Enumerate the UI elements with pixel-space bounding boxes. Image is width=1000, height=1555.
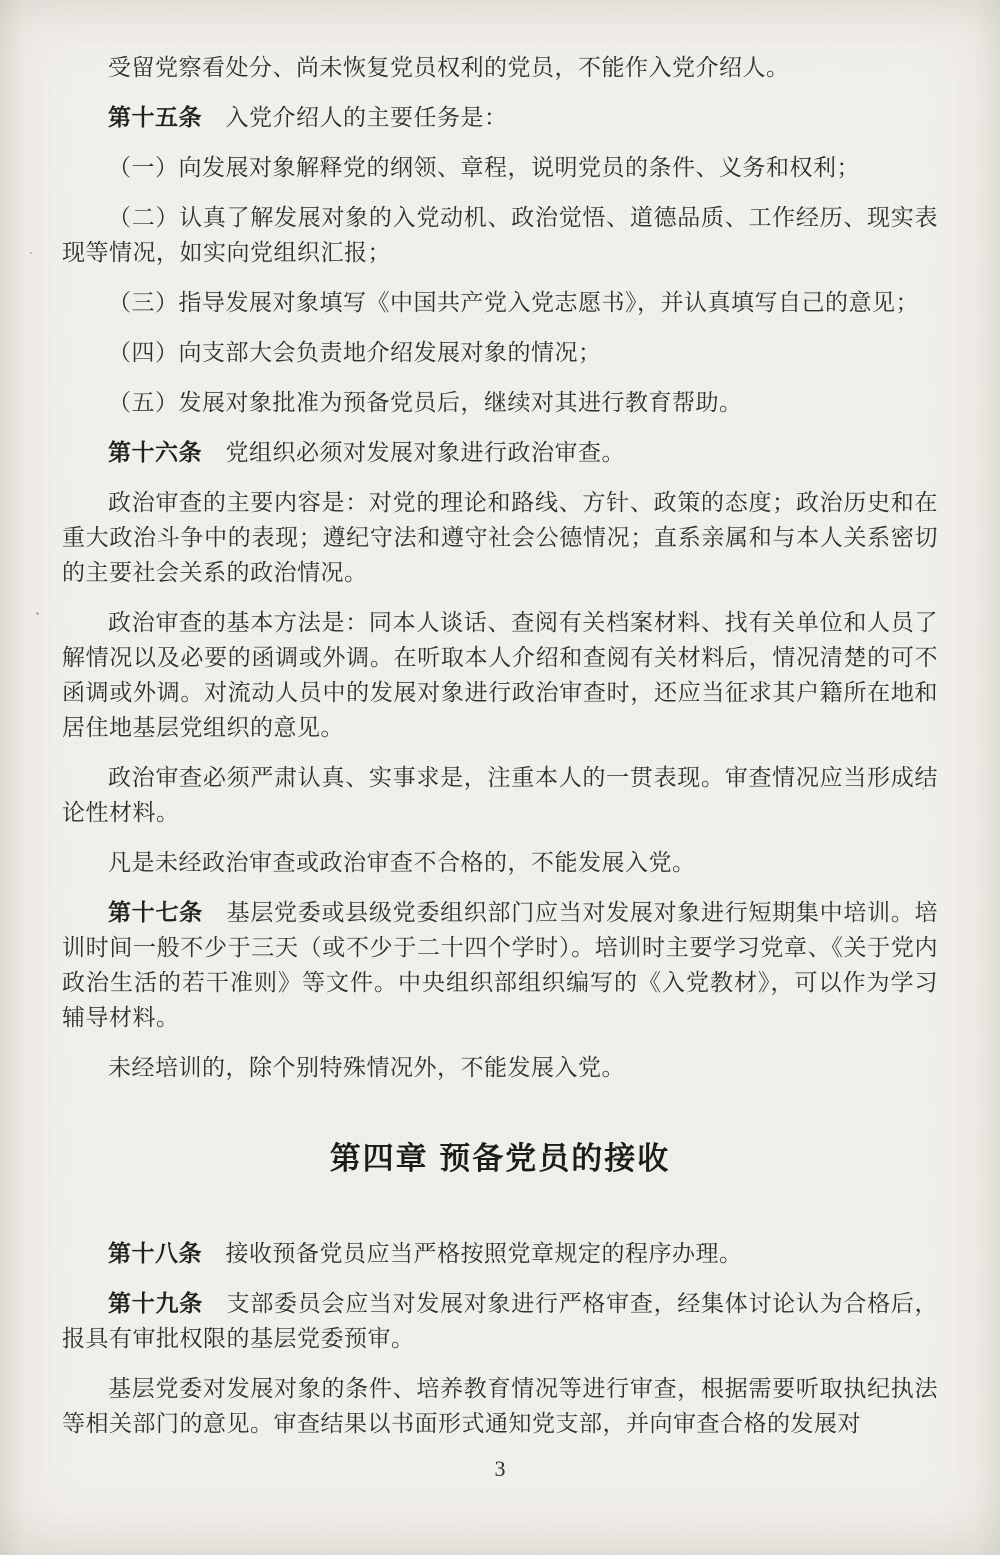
paragraph: （一）向发展对象解释党的纲领、章程，说明党员的条件、义务和权利； [62, 150, 938, 185]
article-number: 第十五条 [108, 104, 202, 130]
paragraph: 政治审查的基本方法是：同本人谈话、查阅有关档案材料、找有关单位和人员了解情况以及… [62, 605, 938, 745]
paragraph: 第十八条 接收预备党员应当严格按照党章规定的程序办理。 [62, 1236, 938, 1271]
scan-speck [922, 788, 924, 790]
paragraph: 第十七条 基层党委或县级党委组织部门应当对发展对象进行短期集中培训。培训时间一般… [62, 895, 938, 1035]
text-column: 受留党察看处分、尚未恢复党员权利的党员，不能作入党介绍人。第十五条 入党介绍人的… [0, 0, 1000, 1441]
paragraph: 第十六条 党组织必须对发展对象进行政治审查。 [62, 435, 938, 470]
paragraph: 政治审查必须严肃认真、实事求是，注重本人的一贯表现。审查情况应当形成结论性材料。 [62, 760, 938, 830]
paragraph: （四）向支部大会负责地介绍发展对象的情况； [62, 335, 938, 370]
article-number: 第十六条 [108, 439, 202, 465]
paragraph: 政治审查的主要内容是：对党的理论和路线、方针、政策的态度；政治历史和在重大政治斗… [62, 485, 938, 590]
scan-speck [36, 612, 39, 615]
article-number: 第十八条 [108, 1240, 202, 1266]
scan-speck [30, 252, 32, 254]
paragraph: 受留党察看处分、尚未恢复党员权利的党员，不能作入党介绍人。 [62, 50, 938, 85]
paragraph: 第十五条 入党介绍人的主要任务是： [62, 100, 938, 135]
paragraph: （五）发展对象批准为预备党员后，继续对其进行教育帮助。 [62, 385, 938, 420]
chapter-heading: 第四章 预备党员的接收 [62, 1133, 938, 1178]
paragraph: （二）认真了解发展对象的入党动机、政治觉悟、道德品质、工作经历、现实表现等情况，… [62, 200, 938, 270]
paragraph: （三）指导发展对象填写《中国共产党入党志愿书》，并认真填写自己的意见； [62, 285, 938, 320]
paragraph: 凡是未经政治审查或政治审查不合格的，不能发展入党。 [62, 845, 938, 880]
paragraph: 未经培训的，除个别特殊情况外，不能发展入党。 [62, 1050, 938, 1085]
article-number: 第十九条 [108, 1290, 203, 1316]
article-number: 第十七条 [108, 899, 203, 925]
paragraph: 第十九条 支部委员会应当对发展对象进行严格审查，经集体讨论认为合格后，报具有审批… [62, 1286, 938, 1356]
paragraph: 基层党委对发展对象的条件、培养教育情况等进行审查，根据需要听取执纪执法等相关部门… [62, 1371, 938, 1441]
scanned-document-page: 受留党察看处分、尚未恢复党员权利的党员，不能作入党介绍人。第十五条 入党介绍人的… [0, 0, 1000, 1555]
page-number: 3 [0, 1456, 1000, 1482]
